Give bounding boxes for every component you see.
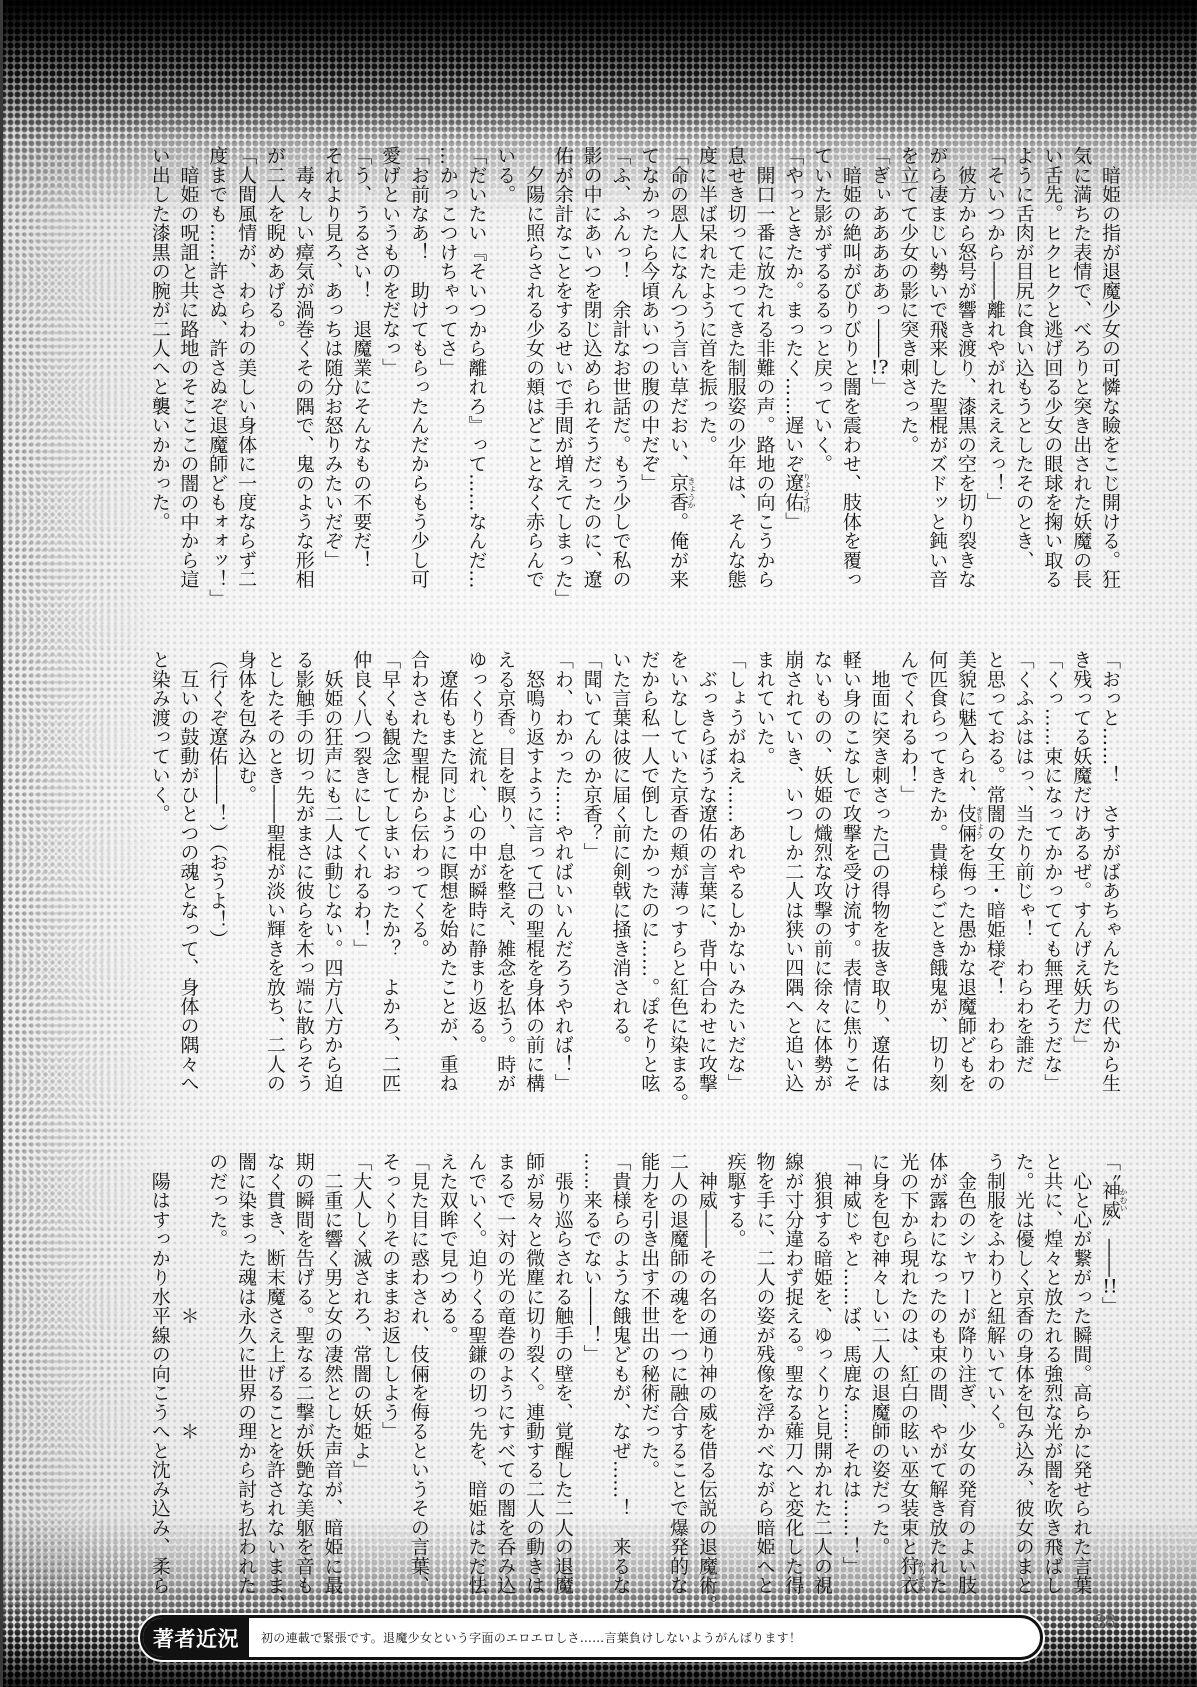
text-column: 線が寸分違わず捉える。聖なる薙刀へと変化した得	[778, 1152, 807, 1598]
text-column: 金色のシャワーが降り注ぎ、少女の発育のよい肢	[951, 1152, 980, 1598]
text-column: をいなしていた京香の頬が薄っすらと紅色に染まる。	[663, 650, 692, 1096]
text-column: 気に満ちた表情で、べろりと突き出された妖魔の長	[1066, 146, 1095, 592]
text-column: 合わされた聖棍から伝わってくる。	[404, 650, 433, 1096]
text-column: 遼佑もまた同じように瞑想を始めたことが、重ね	[433, 650, 462, 1096]
text-column: （行くぞ遼佑――！）（おうよ！）	[203, 650, 232, 1096]
text-column: 「聞いてんのか京香？」	[577, 650, 606, 1096]
text-run: を侮った愚かな退魔師どもを	[955, 843, 977, 1093]
text-column: 彼方から怒号が響き渡り、漆黒の空を切り裂きな	[951, 146, 980, 592]
text-column: だから私一人で倒したかったのに……。ぽそりと呟	[634, 650, 663, 1096]
text-column: 暗姫の絶叫がびりびりと闇を震わせ、肢体を覆っ	[836, 146, 865, 592]
text-column: 開口一番に放たれる非難の声。路地の向こうから	[750, 146, 779, 592]
text-run: 」	[1099, 1296, 1121, 1315]
text-column: 「くっ……束になってかかってても無理そうだな」	[1038, 650, 1067, 1096]
text-column: 「そいつから――離れやがれえええっ！」	[980, 146, 1009, 592]
text-run: 美貌に魅入られ、	[955, 650, 977, 804]
text-column: 「くふふははっ、当たり前じゃ！ わらわを誰だ	[1009, 650, 1038, 1096]
text-tier-top: 暗姫の指が退魔少女の可憐な瞼をこじ開ける。狂気に満ちた表情で、べろりと突き出され…	[145, 146, 1124, 592]
text-column: を立てて少女の影に突き刺さった。	[894, 146, 923, 592]
text-run: 「命の恩人になんつう言い草だおい、	[667, 146, 689, 473]
text-column: 神威――その名の通り神の威を借る伝説の退魔術。	[692, 1152, 721, 1598]
text-column: 怒鳴り返すように言って己の聖棍を身体の前に構	[519, 650, 548, 1096]
text-column: 闇に染まった魂は永久に世界の理から討ち払われた	[231, 1152, 260, 1598]
text-column: 「おっと……！ さすがばあちゃんたちの代から生	[1095, 650, 1124, 1096]
text-column: 地面に突き刺さった己の得物を抜き取り、遼佑は	[865, 650, 894, 1096]
text-column: 疾駆する。	[721, 1152, 750, 1598]
text-column: 「やっときたか。まったく……遅いぞ遼佑りょうすけ」	[778, 146, 807, 592]
text-column: と共に、煌々と放たれる強烈な光が闇を吹き飛ばし	[1038, 1152, 1067, 1598]
author-note-message: 初の連載で緊張です。退魔少女という字面のエロエロしさ……言葉負けしないようがんば…	[249, 1629, 801, 1646]
page-edge	[0, 0, 3, 1687]
text-run: 「やっときたか。まったく……遅いぞ	[782, 146, 804, 473]
text-column: い出した漆黒の腕が二人へと襲いかかった。	[145, 146, 174, 592]
ruby-annotation: ぎりょう	[975, 807, 984, 839]
text-column: 体が露わになったのも束の間、やがて解き放たれた	[922, 1152, 951, 1598]
text-column: 息せき切って走ってきた制服姿の少年は、そんな態	[721, 146, 750, 592]
text-column: 狼狽する暗姫を、ゆっくりと見開かれた二人の視	[807, 1152, 836, 1598]
text-run: 〟――	[1099, 1220, 1121, 1278]
text-column: のだった。	[203, 1152, 232, 1598]
text-column: 夕陽に照らされる少女の頬はどことなく赤らんで	[519, 146, 548, 592]
text-column: る影触手の切っ先がまさに彼らを木っ端に散らそう	[289, 650, 318, 1096]
text-column: 陽はすっかり水平線の向こうへと沈み込み、柔ら	[145, 1152, 174, 1598]
text-column: んでいく。迫りくる聖鎌の切っ先を、暗姫はただ怯	[462, 1152, 491, 1598]
text-column: 能力を引き出す不世出の秘術だった。	[634, 1152, 663, 1598]
text-column: としたそのとき――聖棍が淡い輝きを放ち、二人の	[260, 650, 289, 1096]
text-column: 軽い身のこなしで攻撃を受け流す。表情に焦りこそ	[836, 650, 865, 1096]
text-column: 愛げというものをだなっ」	[375, 146, 404, 592]
text-column: い舌先。ヒクヒクと逃げ回る少女の眼球を掬い取る	[1038, 146, 1067, 592]
ruby-word: 京香きょうか	[667, 473, 689, 512]
text-column: 「しょうがねえ……あれやるしかないみたいだな」	[721, 650, 750, 1096]
tate-chu-yoko: !?	[869, 358, 891, 377]
text-column: 物を手に、二人の姿が残像を浮かべながら暗姫へと	[750, 1152, 779, 1598]
text-column: 度までも……許さぬ、許さぬぞ退魔師どもォォッ！」	[203, 146, 232, 592]
text-column: が二人を睨めあげる。	[260, 146, 289, 592]
ruby-annotation: りょうすけ	[802, 473, 811, 513]
text-column: 度に半ば呆れたように首を振った。	[692, 146, 721, 592]
text-column: がら凄まじい勢いで飛来した聖棍がズドッと鈍い音	[922, 146, 951, 592]
text-column: てなかったら今頃あいつの腹の中だぞ」	[634, 146, 663, 592]
text-column: 光の下から現れたのは、紅白の眩い巫女装束と狩衣かりぎぬ	[894, 1152, 923, 1598]
ruby-base: 京香	[667, 473, 689, 512]
text-column: える京香。目を瞑り、息を整え、雑念を払う。時が	[490, 650, 519, 1096]
text-column: そっくりそのままお返ししよう」	[375, 1152, 404, 1598]
ruby-word: 狩衣かりぎぬ	[897, 1556, 919, 1595]
text-column: まれていた。	[750, 650, 779, 1096]
text-column: 「だいたい『そいつから離れろ』って……なんだ…	[462, 146, 491, 592]
text-run: 」	[782, 512, 804, 531]
text-column: …かっこつけちゃってさ」	[433, 146, 462, 592]
ruby-annotation: かむい	[1119, 1188, 1128, 1212]
text-run: 「ぎぃあああああっ――	[869, 146, 891, 358]
ruby-word: 神威かむい	[1099, 1181, 1121, 1220]
text-column: 「ふ、ふんっ！ 余計なお世話だ。もう少しで私の	[606, 146, 635, 592]
text-column: 二重に響く男と女の凄然とした声音が、暗姫に最	[318, 1152, 347, 1598]
text-column: と染み渡っていく。	[145, 650, 174, 1096]
text-column: 影の中にあいつを閉じ込められそうだったのに、遼	[577, 146, 606, 592]
text-column: 身体を包み込む。	[231, 650, 260, 1096]
text-column: 何匹食らってきたか。貴様らごとき餓鬼が、切り刻	[922, 650, 951, 1096]
text-column: 暗姫の呪詛と共に路地のそこここの闇の中から這	[174, 146, 203, 592]
text-column: 心と心が繋がった瞬間。高らかに発せられた言葉	[1066, 1152, 1095, 1598]
text-column: 仲良く八つ裂きにしてくれるわ！」	[346, 650, 375, 1096]
text-column: ……来るでない――！」	[577, 1152, 606, 1598]
text-column: 妖姫の狂声にも二人は動じない。四方八方から迫	[318, 650, 347, 1096]
text-column: 「神威じゃと……ば、馬鹿な……それは……！」	[836, 1152, 865, 1598]
ruby-word: 伎倆ぎりょう	[955, 804, 977, 843]
text-column: 「人間風情が、わらわの美しい身体に一度ならず二	[231, 146, 260, 592]
ruby-annotation: きょうか	[687, 477, 696, 509]
ruby-base: 遼佑	[782, 473, 804, 512]
text-column: んでくれるわ！」	[894, 650, 923, 1096]
text-column: 「見た目に惑わされ、伎倆を侮るというその言葉、	[404, 1152, 433, 1598]
text-column: 「大人しく滅されろ、常闇の妖姫よ」	[346, 1152, 375, 1598]
text-column: ぶっきらぼうな遼佑の言葉に、背中合わせに攻撃	[692, 650, 721, 1096]
page-number: 38	[1094, 1611, 1115, 1634]
tate-chu-yoko: !!	[1099, 1277, 1121, 1296]
author-note-label: 著者近況	[143, 1618, 249, 1657]
text-column: 崩されていき、いつしか二人は狭い四隅へと追い込	[778, 650, 807, 1096]
text-column: 期の瞬間を告げる。聖なる二撃が妖艶な美躯を音も	[289, 1152, 318, 1598]
text-column: ＊ ＊	[174, 1152, 203, 1598]
text-run: 「〝	[1099, 1152, 1121, 1181]
text-column: に身を包む神々しい二人の退魔師の姿だった。	[865, 1152, 894, 1598]
text-column: いた言葉は彼に届く前に剣戟に掻き消される。	[606, 650, 635, 1096]
text-tier-bottom: 「〝神威かむい〟――!!」 心と心が繋がった瞬間。高らかに発せられた言葉と共に、…	[145, 1152, 1124, 1598]
text-column: き残ってる妖魔だけあるぜ。すんげえ妖力だ」	[1066, 650, 1095, 1096]
text-column: 「わ、わかった……やればいいんだろうやれば！」	[548, 650, 577, 1096]
text-column: た。光は優しく京香の身体を包み込み、彼女のまと	[1009, 1152, 1038, 1598]
text-column: 「〝神威かむい〟――!!」	[1095, 1152, 1124, 1598]
ruby-base: 伎倆	[955, 804, 977, 843]
text-column: 「ぎぃあああああっ――!?」	[865, 146, 894, 592]
text-run: 光の下から現れたのは、紅白の眩い巫女装束と	[897, 1152, 919, 1556]
text-column: 二人の退魔師の魂を一つに融合することで爆発的な	[663, 1152, 692, 1598]
text-column: ていた影がずるるるっと戻っていく。	[807, 146, 836, 592]
halftone-left-shade	[0, 0, 160, 1687]
text-column: それより見ろ、あっちは随分お怒りみたいだぞ」	[318, 146, 347, 592]
text-column: 佑が余計なことをするせいで手間が増えてしまった」	[548, 146, 577, 592]
text-column: まるで一対の光の竜巻のようにすべての闇を呑み込	[490, 1152, 519, 1598]
text-column: と思っておる。常闇の女王・暗姫様ぞ！ わらわの	[980, 650, 1009, 1096]
ruby-word: 遼佑りょうすけ	[782, 473, 804, 512]
text-column: 張り巡らされる触手の壁を、覚醒した二人の退魔	[548, 1152, 577, 1598]
text-column: う制服をふわりと紐解いていく。	[980, 1152, 1009, 1598]
text-column: ないものの、妖姫の熾烈な攻撃の前に徐々に体勢が	[807, 650, 836, 1096]
text-column: 暗姫の指が退魔少女の可憐な瞼をこじ開ける。狂	[1095, 146, 1124, 592]
text-column: 「早くも観念してしまいおったか？ よかろ、二匹	[375, 650, 404, 1096]
text-column: いる。	[490, 146, 519, 592]
dark-top-shade	[0, 0, 1197, 135]
text-run: 」	[869, 377, 891, 396]
ruby-base: 神威	[1099, 1181, 1121, 1220]
author-note-bar: 著者近況 初の連載で緊張です。退魔少女という字面のエロエロしさ……言葉負けしない…	[140, 1615, 1043, 1660]
text-column: 毒々しい瘴気が渦巻くその隅で、鬼のような形相	[289, 146, 318, 592]
text-column: ように舌肉が目尻に食い込もうとしたそのとき、	[1009, 146, 1038, 592]
text-column: 「命の恩人になんつう言い草だおい、京香きょうか。俺が来	[663, 146, 692, 592]
text-tier-middle: 「おっと……！ さすがばあちゃんたちの代から生き残ってる妖魔だけあるぜ。すんげえ…	[145, 650, 1124, 1096]
text-column: 美貌に魅入られ、伎倆ぎりょうを侮った愚かな退魔師どもを	[951, 650, 980, 1096]
text-column: 互いの鼓動がひとつの魂となって、身体の隅々へ	[174, 650, 203, 1096]
text-column: 「貴様らのような餓鬼どもが、なぜ……！ 来るな	[606, 1152, 635, 1598]
text-run: 。俺が来	[667, 512, 689, 589]
text-column: えた双眸で見つめる。	[433, 1152, 462, 1598]
ruby-base: 狩衣	[897, 1556, 919, 1595]
text-column: 「お前なあ！ 助けてもらったんだからもう少し可	[404, 146, 433, 592]
text-column: なく貫き、断末魔さえ上げることを許されないまま、	[260, 1152, 289, 1598]
text-column: ゆっくりと流れ、心の中が瞬時に静まり返る。	[462, 650, 491, 1096]
text-column: 師が易々と微塵に切り裂く。連動する二人の動きは	[519, 1152, 548, 1598]
text-column: 「う、うるさい！ 退魔業にそんなもの不要だ！	[346, 146, 375, 592]
ruby-annotation: かりぎぬ	[917, 1560, 926, 1592]
